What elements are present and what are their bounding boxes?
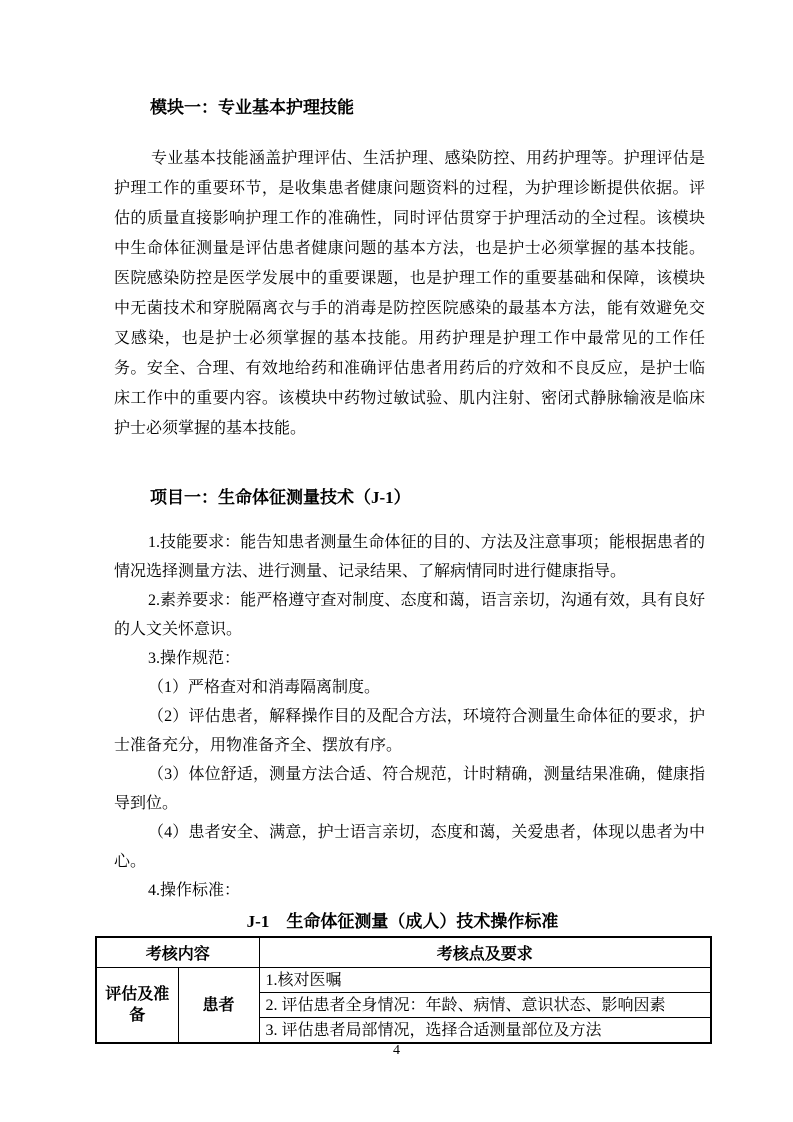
standards-table: 考核内容 考核点及要求 评估及准备 患者 1.核对医嘱 2. 评估患者全身情况：… <box>95 936 712 1044</box>
table-cell-target: 患者 <box>178 968 259 1044</box>
project-item-skill: 1.技能要求：能告知患者测量生命体征的目的、方法及注意事项；能根据患者的情况选择… <box>114 528 705 586</box>
table-header-row: 考核内容 考核点及要求 <box>96 937 711 968</box>
module-intro-paragraph: 专业基本技能涵盖护理评估、生活护理、感染防控、用药护理等。护理评估是护理工作的重… <box>114 144 705 444</box>
project-item-quality: 2.素养要求：能严格遵守查对制度、态度和蔼，语言亲切，沟通有效，具有良好的人文关… <box>114 586 705 644</box>
project-item-spec-title: 3.操作规范： <box>114 644 705 673</box>
document-page: 模块一：专业基本护理技能 专业基本技能涵盖护理评估、生活护理、感染防控、用药护理… <box>0 0 793 1122</box>
table-header-points: 考核点及要求 <box>259 937 711 968</box>
table-cell-point-2: 2. 评估患者全身情况：年龄、病情、意识状态、影响因素 <box>259 993 711 1018</box>
project-heading: 项目一：生命体征测量技术（J-1） <box>114 486 705 510</box>
project-item-spec-4: （4）患者安全、满意，护士语言亲切，态度和蔼，关爱患者，体现以患者为中心。 <box>114 818 705 876</box>
document-content: 模块一：专业基本护理技能 专业基本技能涵盖护理评估、生活护理、感染防控、用药护理… <box>0 0 793 905</box>
project-item-spec-1: （1）严格查对和消毒隔离制度。 <box>114 673 705 702</box>
project-item-spec-3: （3）体位舒适，测量方法合适、符合规范，计时精确，测量结果准确，健康指导到位。 <box>114 760 705 818</box>
project-item-standard-title: 4.操作标准： <box>114 876 705 905</box>
project-items: 1.技能要求：能告知患者测量生命体征的目的、方法及注意事项；能根据患者的情况选择… <box>114 528 705 905</box>
table-cell-point-3: 3. 评估患者局部情况，选择合适测量部位及方法 <box>259 1018 711 1044</box>
table-cell-point-1: 1.核对医嘱 <box>259 968 711 993</box>
project-item-spec-2: （2）评估患者，解释操作目的及配合方法，环境符合测量生命体征的要求，护士准备充分… <box>114 702 705 760</box>
page-number: 4 <box>0 1042 793 1060</box>
table-caption: J-1 生命体征测量（成人）技术操作标准 <box>95 911 710 933</box>
module-heading: 模块一：专业基本护理技能 <box>114 96 705 120</box>
table-row: 评估及准备 患者 1.核对医嘱 <box>96 968 711 993</box>
table-header-content: 考核内容 <box>96 937 259 968</box>
table-cell-category: 评估及准备 <box>96 968 178 1044</box>
